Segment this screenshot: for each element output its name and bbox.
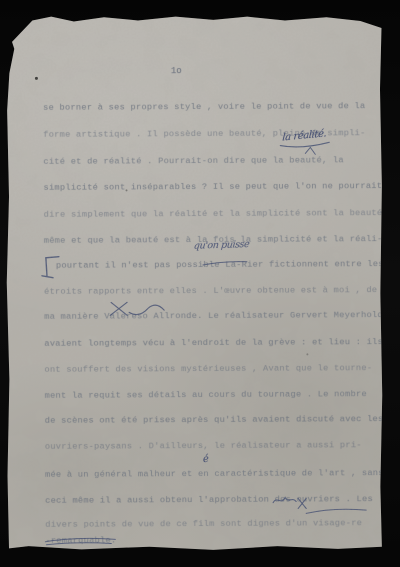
typed-line: -remarquable. xyxy=(45,535,116,545)
typed-line: étroits rapports entre elles . L'œuvre o… xyxy=(44,285,377,297)
typed-line: divers points de vue de ce film sont dig… xyxy=(45,518,362,530)
page-content: 1o se borner à ses propres style , voire… xyxy=(5,13,385,552)
document-page: 1o se borner à ses propres style , voire… xyxy=(6,14,383,551)
typed-line: pourtant il n'est pas possible La-Rier f… xyxy=(56,259,384,271)
typed-line: ma manière Valereso Allronde. Le réalisa… xyxy=(44,310,383,322)
typed-line: se borner à ses propres style , voire le… xyxy=(43,101,365,113)
page-number: 1o xyxy=(171,66,182,76)
paper-speck xyxy=(126,189,128,191)
typed-line: ment la requit ses détails au cours du t… xyxy=(45,389,367,401)
strike-visage-mark xyxy=(306,509,366,513)
typed-line: ont souffert des visions mystérieuses , … xyxy=(44,363,372,375)
typed-line: ouvriers-paysans . D'ailleurs, le réalis… xyxy=(45,440,362,452)
handwritten-accent-correction: é xyxy=(203,454,209,465)
typed-line: simplicité sont inséparables ? Il se peu… xyxy=(43,181,382,193)
paper-speck xyxy=(306,353,308,355)
caret-la-realite-mark xyxy=(305,147,315,154)
handwritten-insertion-quon-puisse: qu'on puisse xyxy=(193,239,250,252)
typed-line: mée à un général malheur et en caractéri… xyxy=(45,468,384,480)
typed-line: cité et de réalité . Pourrait-on dire qu… xyxy=(43,155,344,167)
typed-line: avaient longtemps vécu à l'endroit de la… xyxy=(44,337,383,349)
scan-background: 1o se borner à ses propres style , voire… xyxy=(0,0,400,567)
typed-line: de scènes ont été prises après qu'ils av… xyxy=(45,414,384,426)
typed-line: dire simplement que la réalité et la sim… xyxy=(44,208,383,220)
typed-line: ceci même il a aussi obtenu l'approbatio… xyxy=(45,494,373,506)
paper-speck xyxy=(35,77,38,80)
